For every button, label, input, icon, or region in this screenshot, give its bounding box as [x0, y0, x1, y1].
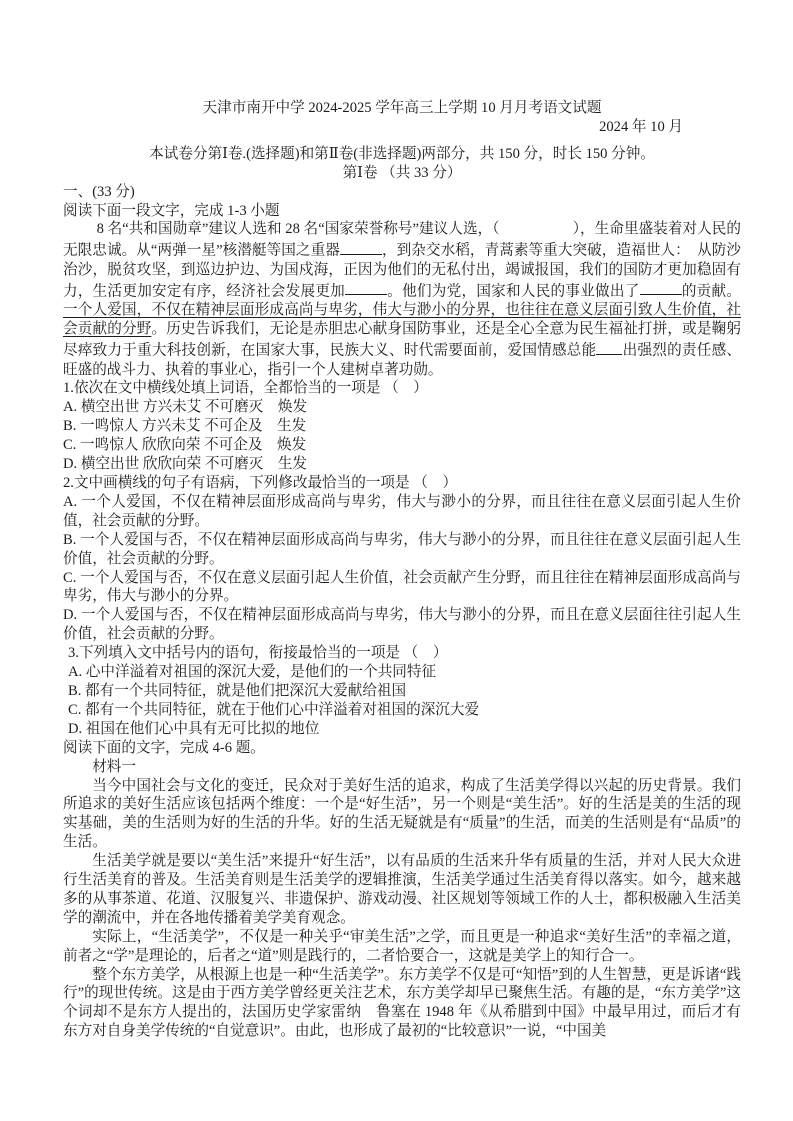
material-1-paragraph: 生活美学就是要以“美生活”来提升“好生活”，以有品质的生活来升华有质量的生活，并… — [63, 852, 741, 928]
question-2-options: A. 一个人爱国，不仅在精神层面形成高尚与卑劣，伟大与渺小的分界，而且往往在意义… — [63, 493, 741, 644]
question-1-option: B. 一鸣惊人 方兴未艾 不可企及 生发 — [63, 417, 741, 436]
fill-in-blank — [640, 280, 682, 296]
reading-passage-1: 8 名“共和国勋章”建议人选和 28 名“国家荣誉称号”建议人选，（ ），生命里… — [63, 220, 741, 379]
material-1-paragraphs: 当今中国社会与文化的变迁，民众对于美好生活的追求，构成了生活美学得以兴起的历史背… — [63, 777, 741, 1042]
question-2-option: B. 一个人爱国与否，不仅在精神层面形成高尚与卑劣，伟大与渺小的分界，而且往往在… — [63, 531, 741, 569]
fill-in-blank — [345, 280, 387, 296]
question-3-option: B. 都有一个共同特征，就是他们把深沉大爱献给祖国 — [63, 682, 741, 701]
question-3-option: C. 都有一个共同特征，就在于他们心中洋溢着对祖国的深沉大爱 — [63, 701, 741, 720]
passage-text: 。他们为党，国家和人民的事业做出了 — [387, 283, 640, 299]
question-3-stem: 3.下列填入文中括号内的语句，衔接最恰当的一项是 （ ） — [63, 644, 741, 663]
material-1-label: 材料一 — [63, 758, 741, 777]
fill-in-blank — [340, 239, 382, 255]
passage-text: 的贡献。 — [682, 283, 741, 299]
question-2: 2.文中画横线的句子有语病，下列修改最恰当的一项是 （ ） A. 一个人爱国，不… — [63, 474, 741, 644]
doc-date: 2024 年 10 月 — [63, 118, 741, 137]
question-2-option: A. 一个人爱国，不仅在精神层面形成高尚与卑劣，伟大与渺小的分界，而且往往在意义… — [63, 493, 741, 531]
question-1: 1.依次在文中横线处填上词语，全都恰当的一项是 （ ） A. 横空出世 方兴未艾… — [63, 379, 741, 474]
question-3-option: A. 心中洋溢着对祖国的深沉大爱，是他们的一个共同特征 — [63, 663, 741, 682]
question-1-option: C. 一鸣惊人 欣欣向荣 不可企及 焕发 — [63, 436, 741, 455]
question-3: 3.下列填入文中括号内的语句，衔接最恰当的一项是 （ ） A. 心中洋溢着对祖国… — [63, 644, 741, 739]
question-1-options: A. 横空出世 方兴未艾 不可磨灭 焕发B. 一鸣惊人 方兴未艾 不可企及 生发… — [63, 398, 741, 474]
part-one-heading: 一、(33 分) — [63, 183, 741, 202]
material-1-paragraph: 整个东方美学，从根源上也是一种“生活美学”。东方美学不仅是可“知悟”到的人生智慧… — [63, 966, 741, 1042]
material-1-paragraph: 实际上，“生活美学”，不仅是一种关乎“审美生活”之学，而且更是一种追求“美好生活… — [63, 928, 741, 966]
question-2-option: C. 一个人爱国与否，不仅在意义层面引起人生价值，社会贡献产生分野，而且往往在精… — [63, 569, 741, 607]
question-2-option: D. 一个人爱国与否，不仅在精神层面形成高尚与卑劣，伟大与渺小的分界，而且在意义… — [63, 606, 741, 644]
exam-instructions: 本试卷分第Ⅰ卷.(选择题)和第Ⅱ卷(非选择题)两部分，共 150 分，时长 15… — [63, 145, 741, 164]
reading1-intro: 阅读下面一段文字，完成 1-3 小题 — [63, 202, 741, 221]
question-1-option: D. 横空出世 欣欣向荣 不可磨灭 生发 — [63, 455, 741, 474]
exam-page: 天津市南开中学 2024-2025 学年高三上学期 10 月月考语文试题 202… — [0, 0, 793, 1121]
question-1-stem: 1.依次在文中横线处填上词语，全都恰当的一项是 （ ） — [63, 379, 741, 398]
question-1-option: A. 横空出世 方兴未艾 不可磨灭 焕发 — [63, 398, 741, 417]
question-3-option: D. 祖国在他们心中具有无可比拟的地位 — [63, 720, 741, 739]
question-3-options: A. 心中洋溢着对祖国的深沉大爱，是他们的一个共同特征B. 都有一个共同特征，就… — [63, 663, 741, 739]
section-heading: 第Ⅰ卷 （共 33 分） — [63, 164, 741, 183]
reading2-intro: 阅读下面的文字，完成 4-6 题。 — [63, 739, 741, 758]
material-1-paragraph: 当今中国社会与文化的变迁，民众对于美好生活的追求，构成了生活美学得以兴起的历史背… — [63, 777, 741, 853]
fill-in-blank — [596, 339, 622, 355]
question-2-stem: 2.文中画横线的句子有语病，下列修改最恰当的一项是 （ ） — [63, 474, 741, 493]
doc-title: 天津市南开中学 2024-2025 学年高三上学期 10 月月考语文试题 — [63, 99, 741, 118]
